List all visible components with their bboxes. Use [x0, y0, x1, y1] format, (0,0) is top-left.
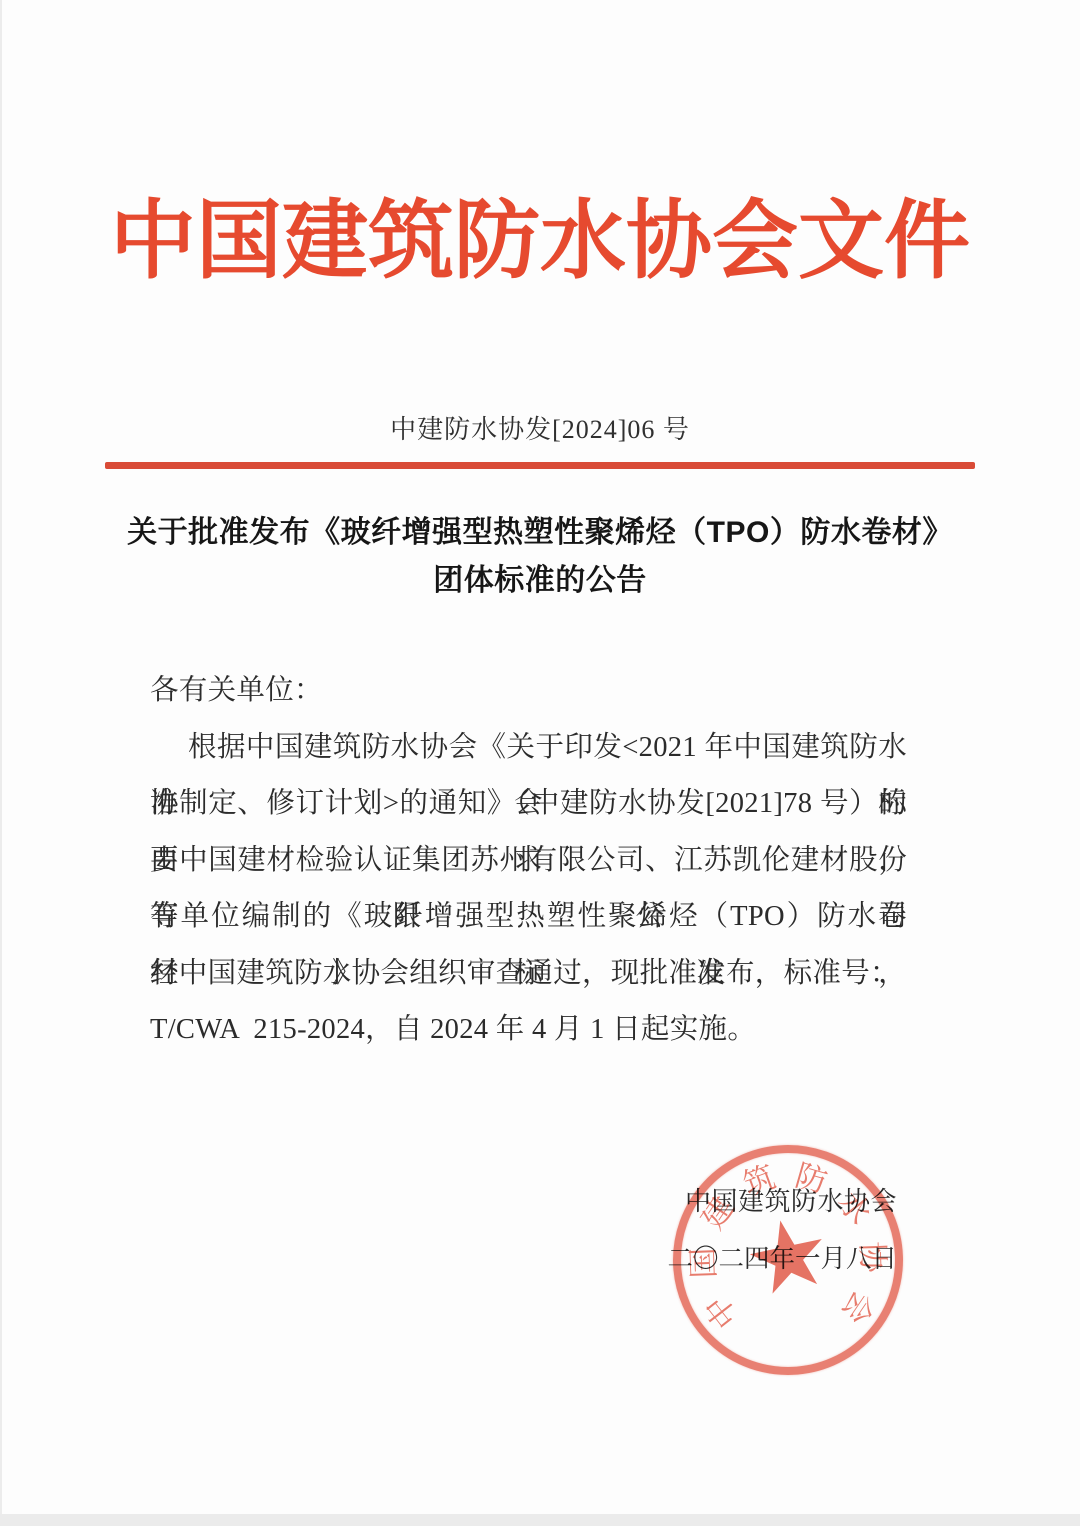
- page-edge-bottom: [0, 1514, 1080, 1526]
- document-number: 中建防水协发[2024]06 号: [0, 414, 1080, 446]
- letterhead-org-title: 中国建筑防水协会文件: [0, 193, 1080, 289]
- seal-arc-char: 中: [696, 1292, 741, 1337]
- document-title-line-1: 关于批准发布《玻纤增强型热塑性聚烯烃（TPO）防水卷材》: [127, 516, 953, 549]
- seal-arc-char: 会: [839, 1287, 883, 1331]
- body-line: 由中国建材检验认证集团苏州有限公司、江苏凯伦建材股份有限公司: [150, 833, 907, 890]
- document-title-line-2: 团体标准的公告: [433, 564, 647, 597]
- signature-org-name: 中国建筑防水协会: [667, 1186, 897, 1217]
- body-line: 经中国建筑防水协会组织审查通过，现批准发布，标准号：: [150, 946, 907, 1003]
- body-line: 等单位编制的《玻纤增强型热塑性聚烯烃（TPO）防水卷材》标准，: [150, 889, 907, 946]
- body-line: T/CWA 215-2024，自 2024 年 4 月 1 日起实施。: [150, 1002, 907, 1059]
- red-divider-rule: [105, 462, 975, 469]
- body-line: 准制定、修订计划>的通知》（中建防水协发[2021]78 号）的要求，: [150, 776, 907, 833]
- body-line: 根据中国建筑防水协会《关于印发<2021 年中国建筑防水协会标: [150, 720, 907, 777]
- signature-block: 中国建筑防水协会 二〇二四年一月八日: [667, 1186, 897, 1274]
- salutation: 各有关单位：: [150, 663, 907, 720]
- document-title: 关于批准发布《玻纤增强型热塑性聚烯烃（TPO）防水卷材》团体标准的公告: [60, 509, 1020, 605]
- signature-date: 二〇二四年一月八日: [667, 1243, 897, 1274]
- document-page: 中国建筑防水协会文件 中建防水协发[2024]06 号 关于批准发布《玻纤增强型…: [0, 0, 1080, 1526]
- document-body: 各有关单位： 根据中国建筑防水协会《关于印发<2021 年中国建筑防水协会标 准…: [150, 663, 907, 1059]
